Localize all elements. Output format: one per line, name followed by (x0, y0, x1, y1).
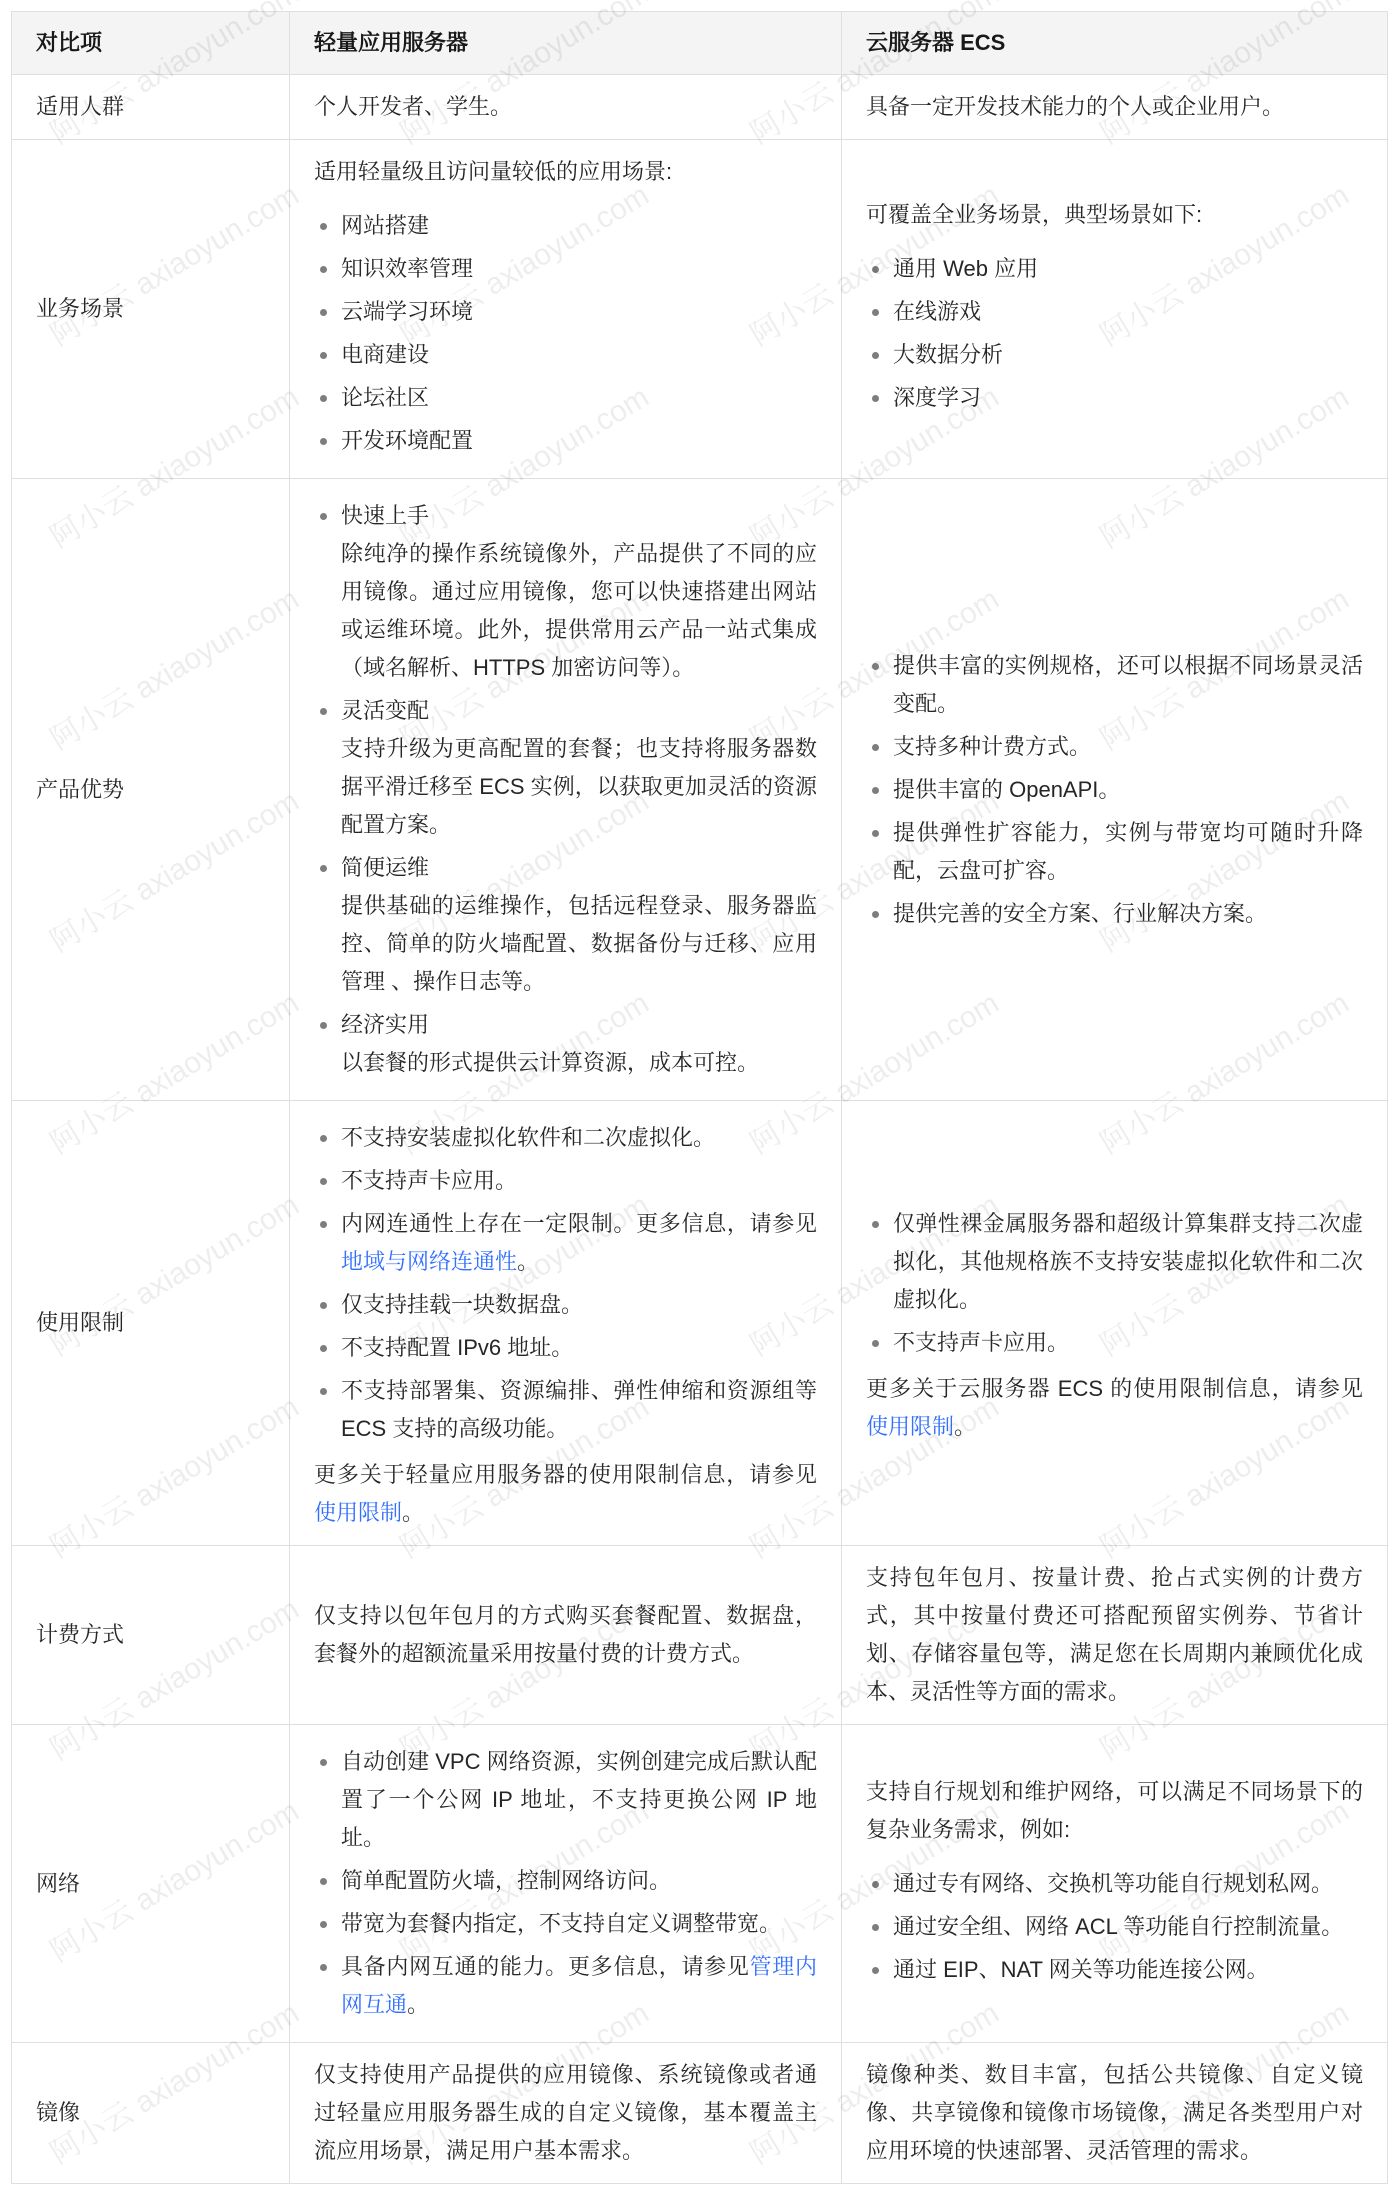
doc-page: 对比项 轻量应用服务器 云服务器 ECS 适用人群 个人开发者、学生。 具备一定… (0, 0, 1400, 2200)
list-item: 不支持声卡应用。 (314, 1162, 817, 1200)
bullet-list: 网站搭建 知识效率管理 云端学习环境 电商建设 论坛社区 开发环境配置 (314, 207, 817, 460)
comparison-table: 对比项 轻量应用服务器 云服务器 ECS 适用人群 个人开发者、学生。 具备一定… (11, 11, 1388, 2184)
cell-images-ecs: 镜像种类、数目丰富，包括公共镜像、自定义镜像、共享镜像和镜像市场镜像，满足各类型… (842, 2043, 1388, 2184)
list-item: 灵活变配 支持升级为更高配置的套餐；也支持将服务器数据平滑迁移至 ECS 实例，… (314, 692, 817, 844)
list-item: 通过 EIP、NAT 网关等功能连接公网。 (866, 1951, 1363, 1989)
list-item: 电商建设 (314, 336, 817, 374)
cell-audience-lite: 个人开发者、学生。 (290, 75, 842, 140)
cell-network-ecs: 支持自行规划和维护网络，可以满足不同场景下的复杂业务需求，例如: 通过专有网络、… (842, 1725, 1388, 2043)
bullet-list: 快速上手 除纯净的操作系统镜像外，产品提供了不同的应用镜像。通过应用镜像，您可以… (314, 497, 817, 1082)
item-text: 。 (407, 1992, 429, 2017)
item-text: 具备内网互通的能力。更多信息，请参见 (341, 1954, 750, 1979)
bullet-list: 提供丰富的实例规格，还可以根据不同场景灵活变配。 支持多种计费方式。 提供丰富的… (866, 647, 1363, 933)
cell-images-lite: 仅支持使用产品提供的应用镜像、系统镜像或者通过轻量应用服务器生成的自定义镜像，基… (290, 2043, 842, 2184)
list-item: 不支持安装虚拟化软件和二次虚拟化。 (314, 1119, 817, 1157)
cell-advantages-ecs: 提供丰富的实例规格，还可以根据不同场景灵活变配。 支持多种计费方式。 提供丰富的… (842, 479, 1388, 1101)
cell-billing-lite: 仅支持以包年包月的方式购买套餐配置、数据盘，套餐外的超额流量采用按量付费的计费方… (290, 1546, 842, 1725)
item-text: 内网连通性上存在一定限制。更多信息，请参见 (341, 1211, 817, 1236)
list-item: 网站搭建 (314, 207, 817, 245)
bullet-list: 自动创建 VPC 网络资源，实例创建完成后默认配置了一个公网 IP 地址，不支持… (314, 1743, 817, 2024)
header-cell-comparison-item: 对比项 (12, 12, 290, 75)
table-row-images: 镜像 仅支持使用产品提供的应用镜像、系统镜像或者通过轻量应用服务器生成的自定义镜… (12, 2043, 1388, 2184)
table-row-limits: 使用限制 不支持安装虚拟化软件和二次虚拟化。 不支持声卡应用。 内网连通性上存在… (12, 1101, 1388, 1546)
ecs-usage-limits-link[interactable]: 使用限制 (866, 1414, 954, 1439)
list-item: 论坛社区 (314, 379, 817, 417)
list-item: 快速上手 除纯净的操作系统镜像外，产品提供了不同的应用镜像。通过应用镜像，您可以… (314, 497, 817, 687)
list-item: 在线游戏 (866, 293, 1363, 331)
list-item: 开发环境配置 (314, 422, 817, 460)
list-item: 仅弹性裸金属服务器和超级计算集群支持二次虚拟化，其他规格族不支持安装虚拟化软件和… (866, 1205, 1363, 1319)
cell-text: 个人开发者、学生。 (314, 88, 817, 126)
list-item: 提供弹性扩容能力，实例与带宽均可随时升降配，云盘可扩容。 (866, 814, 1363, 890)
list-item: 具备内网互通的能力。更多信息，请参见管理内网互通。 (314, 1948, 817, 2024)
list-item: 支持多种计费方式。 (866, 728, 1363, 766)
list-item: 不支持声卡应用。 (866, 1324, 1363, 1362)
cell-intro: 适用轻量级且访问量较低的应用场景: (314, 153, 817, 191)
item-body: 除纯净的操作系统镜像外，产品提供了不同的应用镜像。通过应用镜像，您可以快速搭建出… (341, 535, 817, 687)
item-title: 灵活变配 (341, 692, 817, 730)
note-segment: 。 (954, 1414, 976, 1439)
cell-scenarios-ecs: 可覆盖全业务场景，典型场景如下: 通用 Web 应用 在线游戏 大数据分析 深度… (842, 140, 1388, 479)
bullet-list: 仅弹性裸金属服务器和超级计算集群支持二次虚拟化，其他规格族不支持安装虚拟化软件和… (866, 1205, 1363, 1362)
cell-audience-ecs: 具备一定开发技术能力的个人或企业用户。 (842, 75, 1388, 140)
cell-text: 镜像种类、数目丰富，包括公共镜像、自定义镜像、共享镜像和镜像市场镜像，满足各类型… (866, 2056, 1363, 2170)
cell-billing-ecs: 支持包年包月、按量计费、抢占式实例的计费方式，其中按量付费还可搭配预留实例券、节… (842, 1546, 1388, 1725)
list-item: 云端学习环境 (314, 293, 817, 331)
lite-usage-limits-link[interactable]: 使用限制 (314, 1500, 402, 1525)
cell-network-lite: 自动创建 VPC 网络资源，实例创建完成后默认配置了一个公网 IP 地址，不支持… (290, 1725, 842, 2043)
list-item: 简便运维 提供基础的运维操作，包括远程登录、服务器监控、简单的防火墙配置、数据备… (314, 849, 817, 1001)
list-item: 不支持配置 IPv6 地址。 (314, 1329, 817, 1367)
list-item: 不支持部署集、资源编排、弹性伸缩和资源组等 ECS 支持的高级功能。 (314, 1372, 817, 1448)
list-item: 提供丰富的实例规格，还可以根据不同场景灵活变配。 (866, 647, 1363, 723)
list-item: 通用 Web 应用 (866, 250, 1363, 288)
item-title: 经济实用 (341, 1006, 817, 1044)
row-label-advantages: 产品优势 (12, 479, 290, 1101)
list-item: 大数据分析 (866, 336, 1363, 374)
item-body: 提供基础的运维操作，包括远程登录、服务器监控、简单的防火墙配置、数据备份与迁移、… (341, 887, 817, 1001)
cell-text: 支持包年包月、按量计费、抢占式实例的计费方式，其中按量付费还可搭配预留实例券、节… (866, 1559, 1363, 1711)
list-item: 通过安全组、网络 ACL 等功能自行控制流量。 (866, 1908, 1363, 1946)
row-label-audience: 适用人群 (12, 75, 290, 140)
list-item: 内网连通性上存在一定限制。更多信息，请参见地域与网络连通性。 (314, 1205, 817, 1281)
header-cell-lite-server: 轻量应用服务器 (290, 12, 842, 75)
list-item: 通过专有网络、交换机等功能自行规划私网。 (866, 1865, 1363, 1903)
cell-advantages-lite: 快速上手 除纯净的操作系统镜像外，产品提供了不同的应用镜像。通过应用镜像，您可以… (290, 479, 842, 1101)
header-cell-ecs: 云服务器 ECS (842, 12, 1388, 75)
bullet-list: 通用 Web 应用 在线游戏 大数据分析 深度学习 (866, 250, 1363, 417)
region-network-connectivity-link[interactable]: 地域与网络连通性 (341, 1249, 517, 1274)
cell-scenarios-lite: 适用轻量级且访问量较低的应用场景: 网站搭建 知识效率管理 云端学习环境 电商建… (290, 140, 842, 479)
list-item: 仅支持挂载一块数据盘。 (314, 1286, 817, 1324)
note-text: 更多关于轻量应用服务器的使用限制信息，请参见使用限制。 (314, 1456, 817, 1532)
table-row-scenarios: 业务场景 适用轻量级且访问量较低的应用场景: 网站搭建 知识效率管理 云端学习环… (12, 140, 1388, 479)
cell-intro: 可覆盖全业务场景，典型场景如下: (866, 196, 1363, 234)
note-segment: 更多关于云服务器 ECS 的使用限制信息，请参见 (866, 1376, 1363, 1401)
cell-limits-ecs: 仅弹性裸金属服务器和超级计算集群支持二次虚拟化，其他规格族不支持安装虚拟化软件和… (842, 1101, 1388, 1546)
table-row-advantages: 产品优势 快速上手 除纯净的操作系统镜像外，产品提供了不同的应用镜像。通过应用镜… (12, 479, 1388, 1101)
table-row-audience: 适用人群 个人开发者、学生。 具备一定开发技术能力的个人或企业用户。 (12, 75, 1388, 140)
table-row-billing: 计费方式 仅支持以包年包月的方式购买套餐配置、数据盘，套餐外的超额流量采用按量付… (12, 1546, 1388, 1725)
cell-text: 具备一定开发技术能力的个人或企业用户。 (866, 88, 1363, 126)
cell-text: 仅支持使用产品提供的应用镜像、系统镜像或者通过轻量应用服务器生成的自定义镜像，基… (314, 2056, 817, 2170)
bullet-list: 通过专有网络、交换机等功能自行规划私网。 通过安全组、网络 ACL 等功能自行控… (866, 1865, 1363, 1989)
item-text: 。 (517, 1249, 539, 1274)
row-label-network: 网络 (12, 1725, 290, 2043)
row-label-images: 镜像 (12, 2043, 290, 2184)
list-item: 简单配置防火墙，控制网络访问。 (314, 1862, 817, 1900)
list-item: 知识效率管理 (314, 250, 817, 288)
cell-limits-lite: 不支持安装虚拟化软件和二次虚拟化。 不支持声卡应用。 内网连通性上存在一定限制。… (290, 1101, 842, 1546)
list-item: 提供丰富的 OpenAPI。 (866, 771, 1363, 809)
bullet-list: 不支持安装虚拟化软件和二次虚拟化。 不支持声卡应用。 内网连通性上存在一定限制。… (314, 1119, 817, 1448)
table-header-row: 对比项 轻量应用服务器 云服务器 ECS (12, 12, 1388, 75)
list-item: 带宽为套餐内指定，不支持自定义调整带宽。 (314, 1905, 817, 1943)
row-label-limits: 使用限制 (12, 1101, 290, 1546)
cell-text: 仅支持以包年包月的方式购买套餐配置、数据盘，套餐外的超额流量采用按量付费的计费方… (314, 1597, 817, 1673)
item-body: 支持升级为更高配置的套餐；也支持将服务器数据平滑迁移至 ECS 实例，以获取更加… (341, 730, 817, 844)
row-label-billing: 计费方式 (12, 1546, 290, 1725)
table-row-network: 网络 自动创建 VPC 网络资源，实例创建完成后默认配置了一个公网 IP 地址，… (12, 1725, 1388, 2043)
row-label-scenarios: 业务场景 (12, 140, 290, 479)
note-segment: 更多关于轻量应用服务器的使用限制信息，请参见 (314, 1462, 817, 1487)
cell-intro: 支持自行规划和维护网络，可以满足不同场景下的复杂业务需求，例如: (866, 1773, 1363, 1849)
note-text: 更多关于云服务器 ECS 的使用限制信息，请参见使用限制。 (866, 1370, 1363, 1446)
list-item: 自动创建 VPC 网络资源，实例创建完成后默认配置了一个公网 IP 地址，不支持… (314, 1743, 817, 1857)
list-item: 提供完善的安全方案、行业解决方案。 (866, 895, 1363, 933)
list-item: 深度学习 (866, 379, 1363, 417)
item-title: 快速上手 (341, 497, 817, 535)
note-segment: 。 (402, 1500, 424, 1525)
item-body: 以套餐的形式提供云计算资源，成本可控。 (341, 1044, 817, 1082)
item-title: 简便运维 (341, 849, 817, 887)
list-item: 经济实用 以套餐的形式提供云计算资源，成本可控。 (314, 1006, 817, 1082)
